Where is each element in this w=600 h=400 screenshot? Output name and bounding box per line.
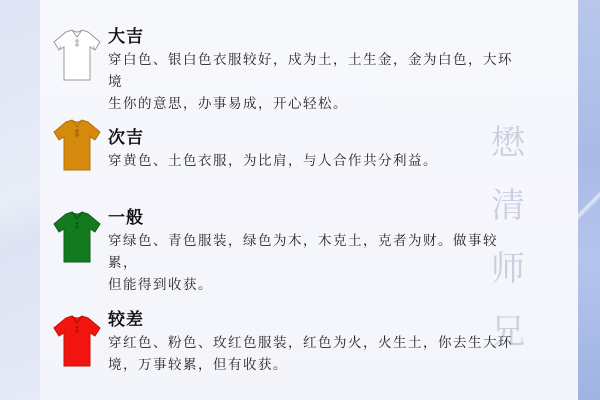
watermark-char: 清 — [488, 175, 528, 238]
content-card: 大吉 穿白色、银白色衣服较好，戍为土，土生金，金为白色，大环境 生你的意思，办事… — [40, 0, 578, 400]
entry-description: 穿红色、粉色、玫红色服装，红色为火，火生土，你去生大环 境，万事较累，但有收获。 — [108, 332, 518, 376]
entry-title: 一般 — [108, 203, 144, 228]
entry-description: 穿白色、银白色衣服较好，戍为土，土生金，金为白色，大环境 生你的意思，办事易成，… — [108, 49, 518, 115]
white-shirt-icon — [50, 28, 104, 82]
description-line: 生你的意思，办事易成，开心轻松。 — [108, 93, 518, 115]
left-background-band — [0, 0, 40, 400]
green-shirt-icon — [50, 210, 104, 264]
watermark-char: 懋 — [488, 112, 528, 175]
right-background-band — [578, 0, 600, 400]
watermark-char: 师 — [488, 238, 528, 301]
entry-title: 大吉 — [108, 22, 144, 47]
entry-description: 穿绿色、青色服装，绿色为木，木克土，克者为财。做事较累， 但能得到收获。 — [108, 230, 518, 296]
red-shirt-icon — [50, 314, 104, 368]
description-line: 境，万事较累，但有收获。 — [108, 354, 518, 376]
yellow-shirt-icon — [50, 118, 104, 172]
description-line: 但能得到收获。 — [108, 274, 518, 296]
description-line: 穿白色、银白色衣服较好，戍为土，土生金，金为白色，大环境 — [108, 49, 518, 93]
watermark-char: 兄 — [488, 301, 528, 364]
entry-title: 较差 — [108, 305, 144, 330]
description-line: 穿绿色、青色服装，绿色为木，木克土，克者为财。做事较累， — [108, 230, 518, 274]
entry-description: 穿黄色、土色衣服，为比肩，与人合作共分利益。 — [108, 150, 518, 172]
description-line: 穿黄色、土色衣服，为比肩，与人合作共分利益。 — [108, 150, 518, 172]
description-line: 穿红色、粉色、玫红色服装，红色为火，火生土，你去生大环 — [108, 332, 518, 354]
watermark: 懋 清 师 兄 — [488, 112, 528, 364]
entry-title: 次吉 — [108, 123, 144, 148]
